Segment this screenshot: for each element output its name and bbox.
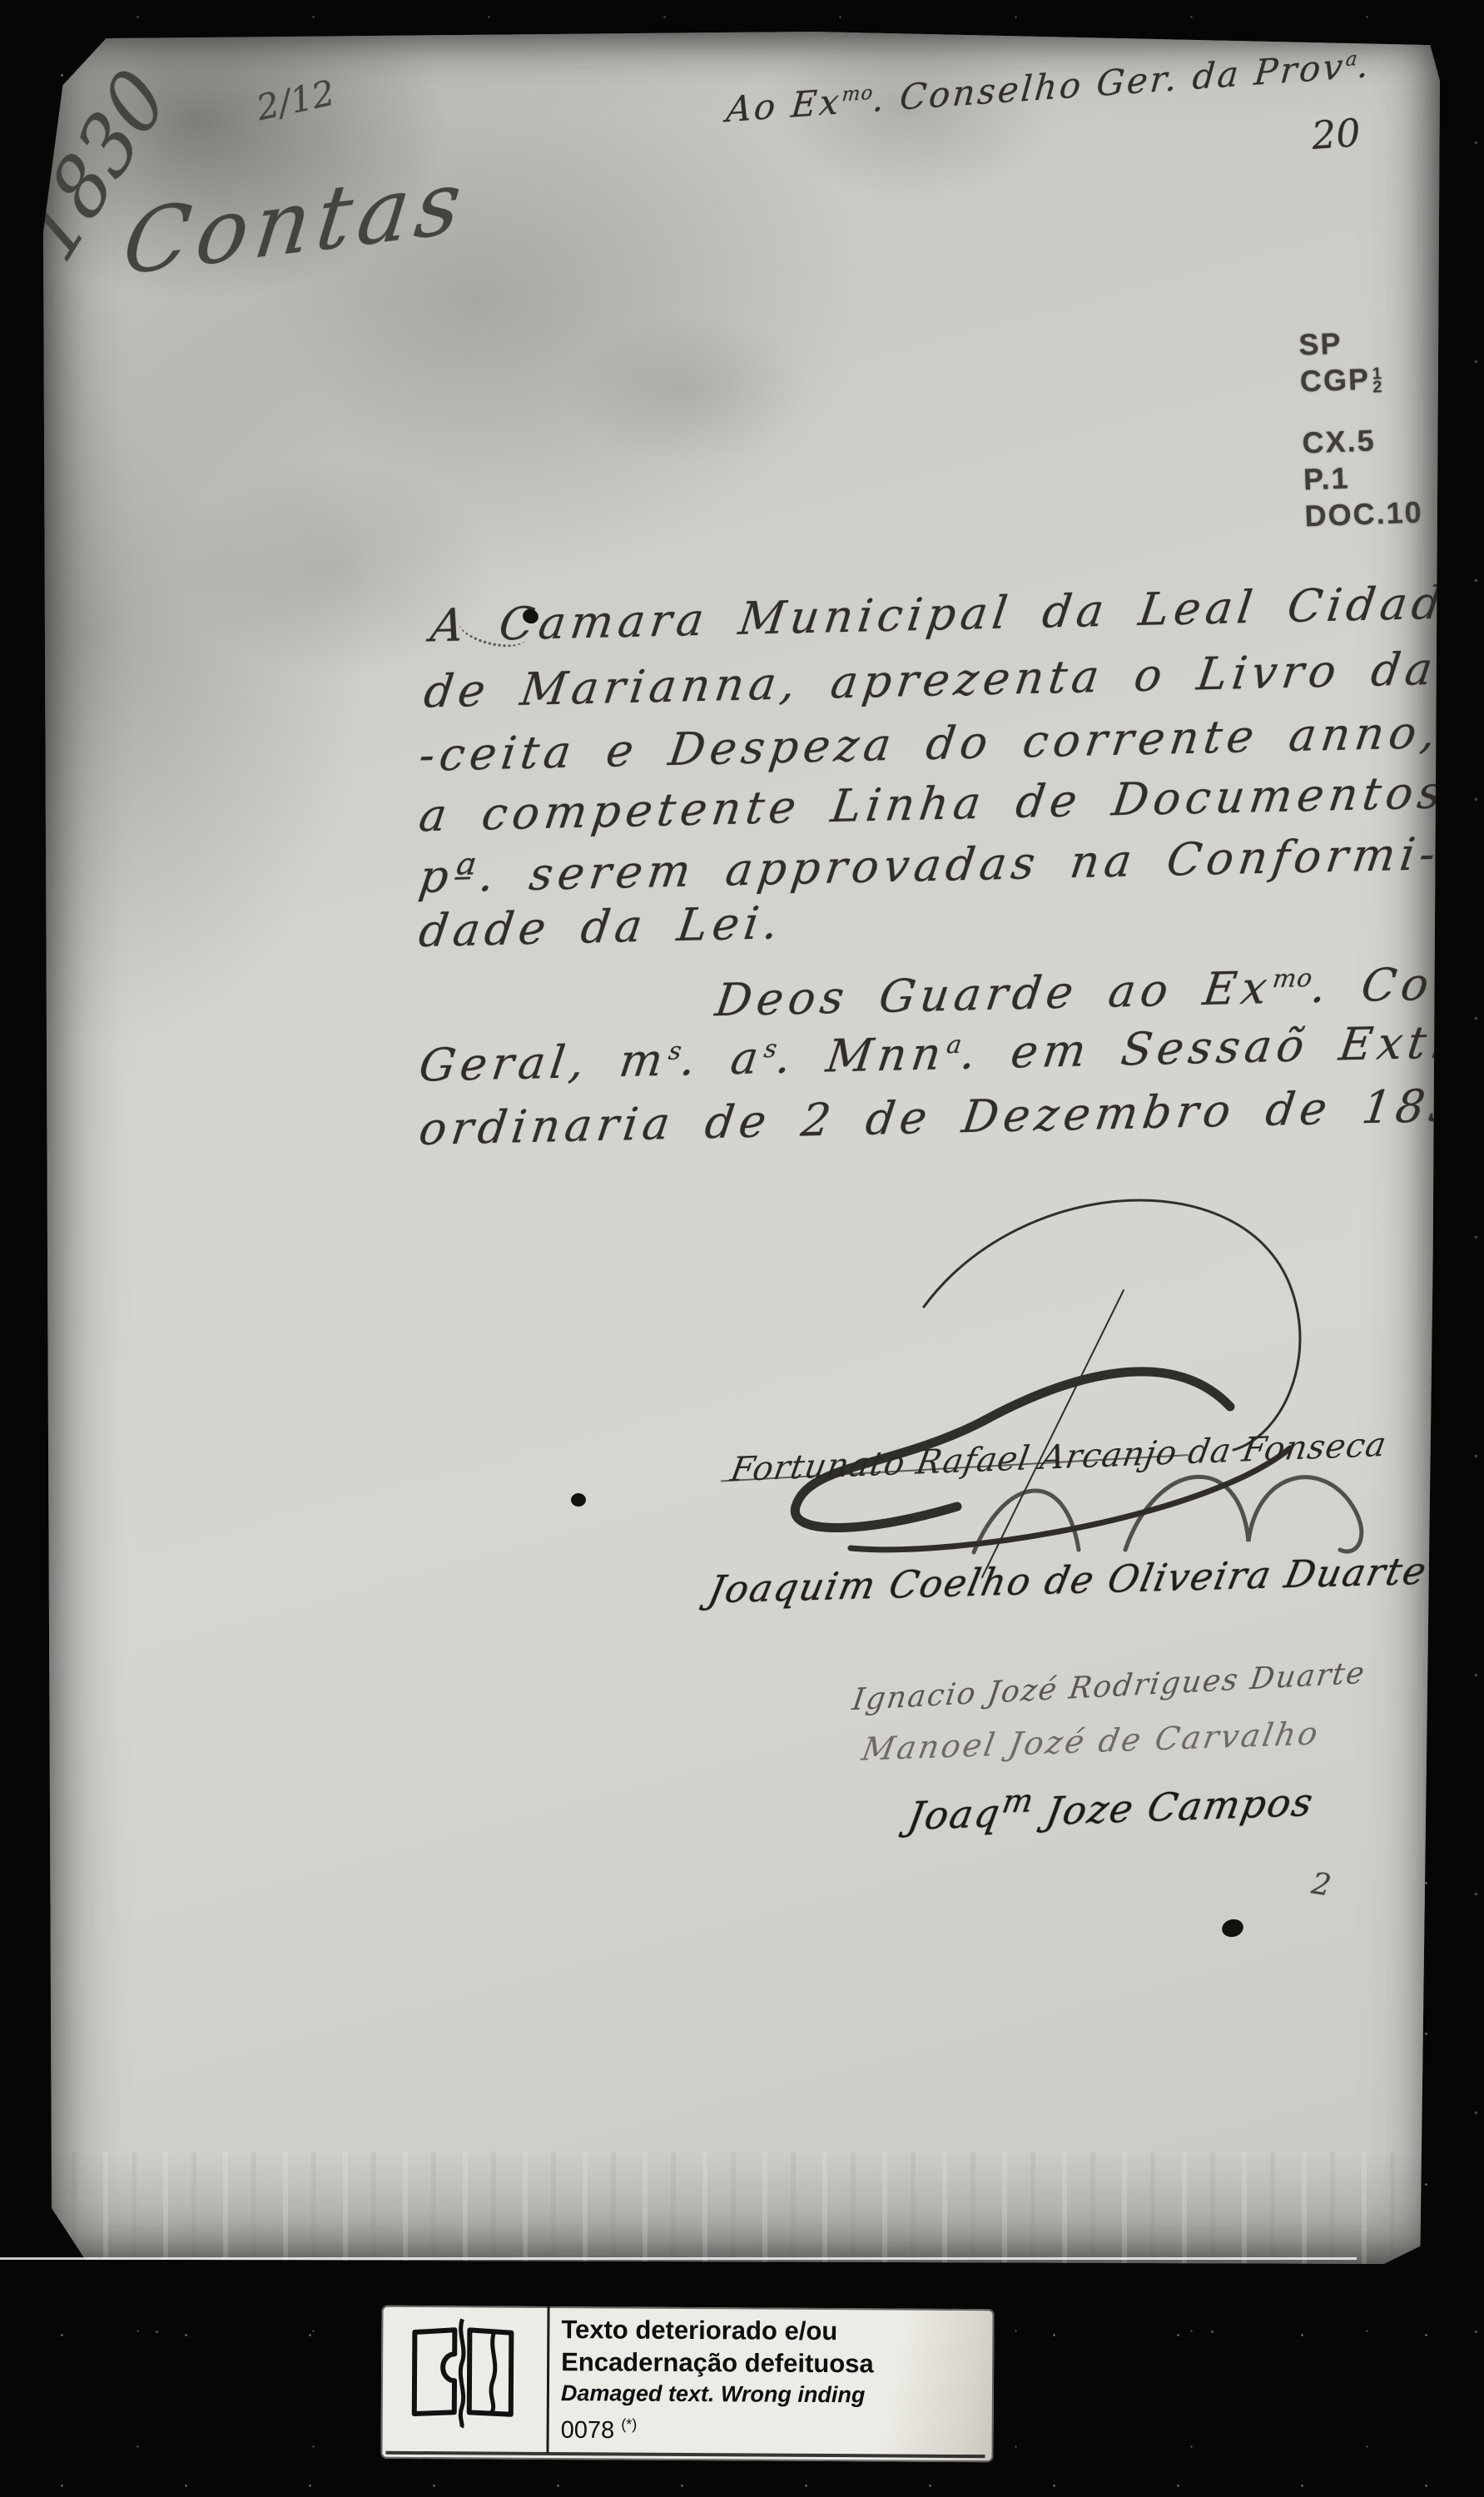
text-run: CGP [1299, 362, 1370, 399]
text-run: . Conselho [1308, 954, 1484, 1013]
text-run: Deos Guarde ao Ex [712, 961, 1275, 1026]
body-line-closing: Geral, ms. as. Mnna. em Sessaõ Extra [416, 1015, 1484, 1091]
signature: Joaqm Joze Campos [905, 1772, 1319, 1839]
stamp-line: CX.5 [1302, 421, 1421, 462]
address-header: Ao Exmo. Conselho Ger. da Prova. [725, 44, 1373, 131]
text-run: . a [677, 1031, 767, 1085]
text-run: Ao Ex [725, 81, 843, 130]
scan-artifact-line [0, 2257, 1357, 2260]
label-divider [546, 2306, 549, 2453]
ink-blot [571, 1493, 586, 1507]
label-code-note: (*) [621, 2416, 637, 2433]
stamp-line: SP [1298, 323, 1417, 364]
scan-streaks [43, 2152, 1440, 2264]
text-run: . Mnn [773, 1027, 950, 1084]
signature: Joaquim Coelho de Oliveira Duarte [705, 1549, 1432, 1612]
body-line-closing: ordinaria de 2 de Dezembro de 1830. [416, 1078, 1484, 1155]
text-run: . em Sessaõ Extra [958, 1015, 1484, 1080]
text-run: Joze Campos [1029, 1780, 1318, 1834]
text-run: Joaq [905, 1790, 1005, 1839]
archive-condition-label: Texto deteriorado e/ou Encadernação defe… [380, 2306, 994, 2462]
text-run: . [1356, 44, 1373, 87]
ink-blot [1220, 1917, 1246, 1939]
signature: Fortunato Rafael Arcanjo da Fonseca [727, 1426, 1389, 1490]
label-text: Texto deteriorado e/ou Encadernação defe… [561, 2313, 986, 2449]
archival-stamp: SP CGP12 CX.5 P.1 DOC.10 [1298, 323, 1424, 535]
pencil-note: Contas [118, 149, 474, 295]
label-line-pt: Texto deteriorado e/ou [561, 2313, 985, 2348]
body-line-closing: Deos Guarde ao Exmo. Conselho [712, 954, 1484, 1027]
label-code: 0078 (*) [561, 2408, 985, 2449]
corner-date-fraction: 2/12 [253, 72, 338, 129]
scan-viewport: 1830 2/12 Contas Ao Exmo. Conselho Ger. … [0, 0, 1484, 2497]
stamp-line: P.1 [1303, 457, 1422, 498]
text-run: 0078 [561, 2417, 615, 2444]
stamp-line: DOC.10 [1304, 494, 1423, 534]
body-line: A Camara Municipal da Leal Cidade [428, 576, 1482, 653]
fraction-bottom: 2 [1372, 380, 1384, 394]
body-line: pª. serem approvadas na Conformi- [416, 827, 1443, 903]
signature: Manoel Jozé de Carvalho [859, 1715, 1323, 1767]
label-line-pt: Encadernação defeituosa [561, 2346, 985, 2380]
text-run: Fortunato Rafael Arcanjo da Fonseca [727, 1426, 1389, 1490]
text-run: . Conselho Ger. da Prov [871, 46, 1347, 120]
label-line-en: Damaged text. Wrong inding [561, 2378, 985, 2410]
body-line: de Marianna, aprezenta o Livro da Re- [421, 639, 1484, 717]
manuscript-page: 1830 2/12 Contas Ao Exmo. Conselho Ger. … [43, 32, 1440, 2264]
text-run: Geral, m [416, 1034, 671, 1092]
superscript: mo [1271, 964, 1315, 994]
stamp-fraction: 12 [1372, 367, 1383, 394]
damaged-book-icon [408, 2314, 519, 2431]
page-number: 20 [1310, 110, 1362, 158]
body-line: dade da Lei. [416, 896, 787, 957]
superscript: mo [841, 82, 874, 107]
stamp-line: CGP12 [1299, 360, 1419, 407]
signature: Ignacio Jozé Rodrigues Duarte [851, 1656, 1368, 1718]
margin-pencil-mark: 2 [1309, 1866, 1333, 1903]
